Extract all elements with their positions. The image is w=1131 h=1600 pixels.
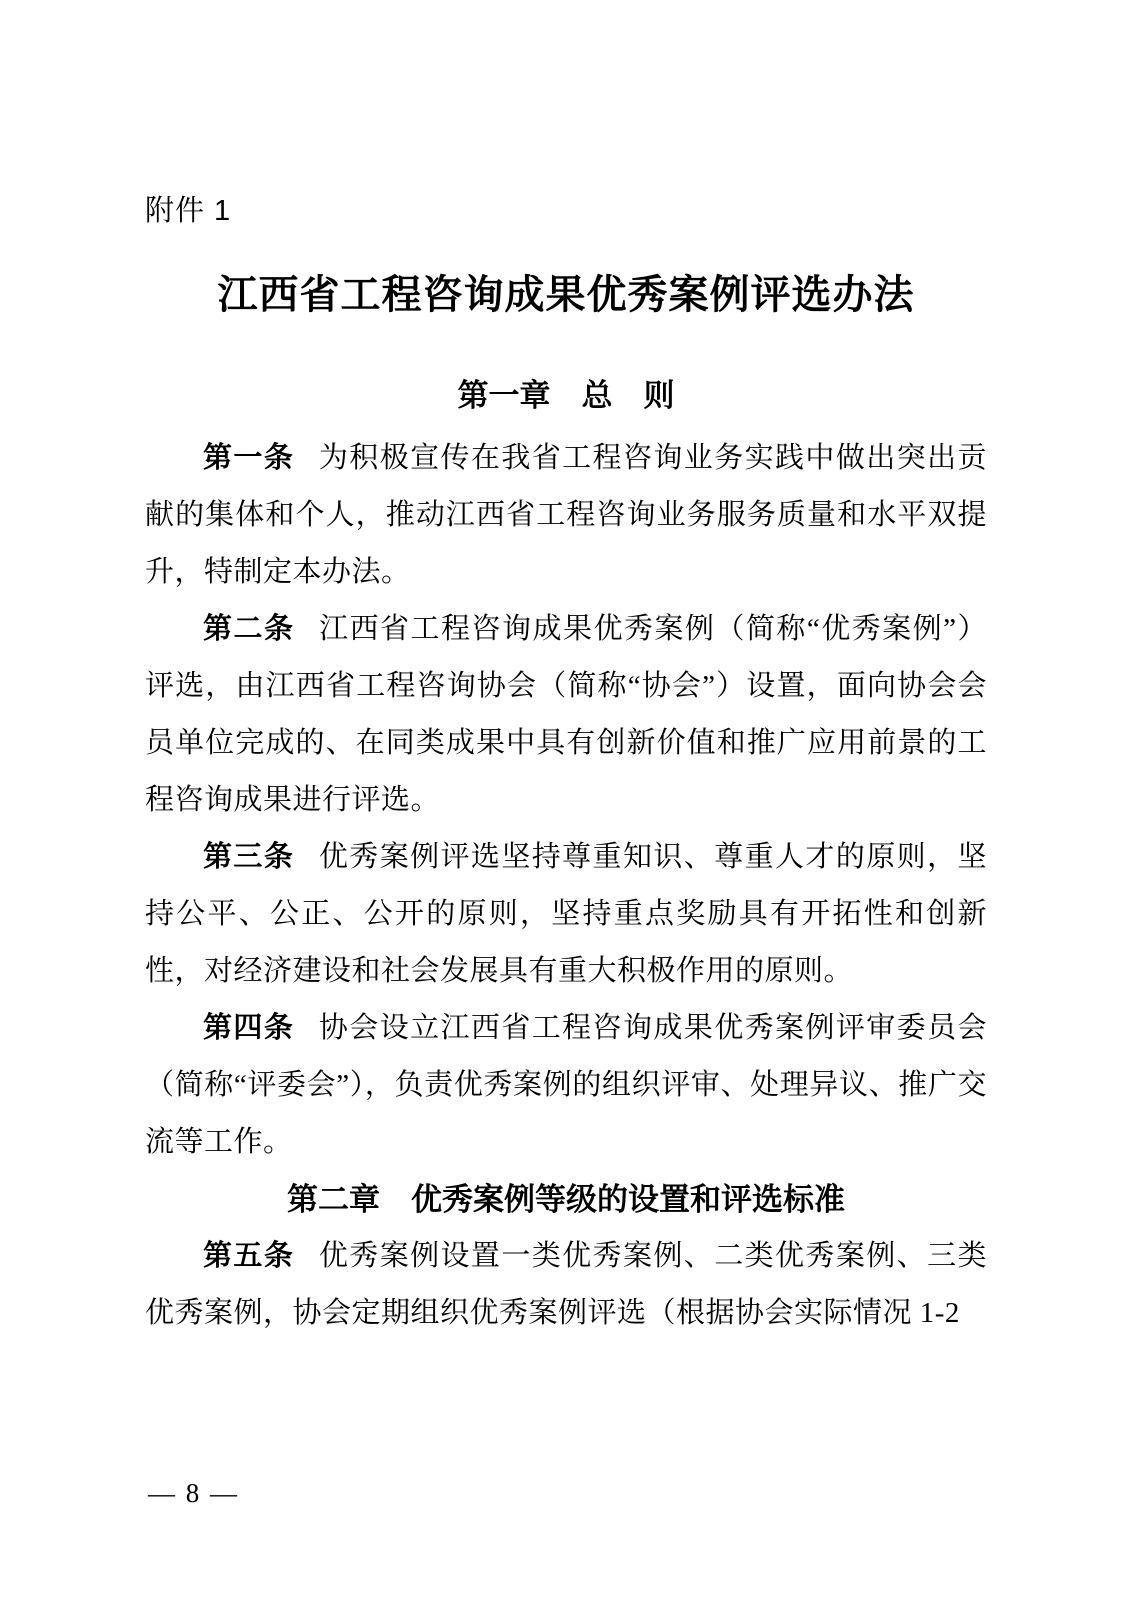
article-5-lead: 第五条 [203, 1240, 294, 1272]
document-content: 附件 1 江西省工程咨询成果优秀案例评选办法 第一章 总 则 第一条为积极宣传在… [145, 193, 987, 1342]
article-3-lead: 第三条 [203, 841, 294, 873]
chapter-2-heading: 第二章 优秀案例等级的设置和评选标准 [145, 1171, 987, 1228]
article-2: 第二条江西省工程咨询成果优秀案例（简称“优秀案例”）评选，由江西省工程咨询协会（… [145, 601, 987, 829]
attachment-label: 附件 1 [145, 193, 987, 229]
document-page: 附件 1 江西省工程咨询成果优秀案例评选办法 第一章 总 则 第一条为积极宣传在… [0, 0, 1131, 1600]
article-1: 第一条为积极宣传在我省工程咨询业务实践中做出突出贡献的集体和个人，推动江西省工程… [145, 430, 987, 601]
article-4-lead: 第四条 [203, 1012, 294, 1044]
article-2-lead: 第二条 [203, 613, 294, 645]
article-4: 第四条协会设立江西省工程咨询成果优秀案例评审委员会（简称“评委会”），负责优秀案… [145, 1000, 987, 1171]
document-title: 江西省工程咨询成果优秀案例评选办法 [145, 269, 987, 321]
article-5: 第五条优秀案例设置一类优秀案例、二类优秀案例、三类优秀案例，协会定期组织优秀案例… [145, 1228, 987, 1342]
article-3: 第三条优秀案例评选坚持尊重知识、尊重人才的原则，坚持公平、公正、公开的原则，坚持… [145, 829, 987, 1000]
chapter-1-heading: 第一章 总 则 [145, 367, 987, 424]
article-1-lead: 第一条 [203, 442, 294, 474]
page-number: — 8 — [148, 1478, 239, 1509]
